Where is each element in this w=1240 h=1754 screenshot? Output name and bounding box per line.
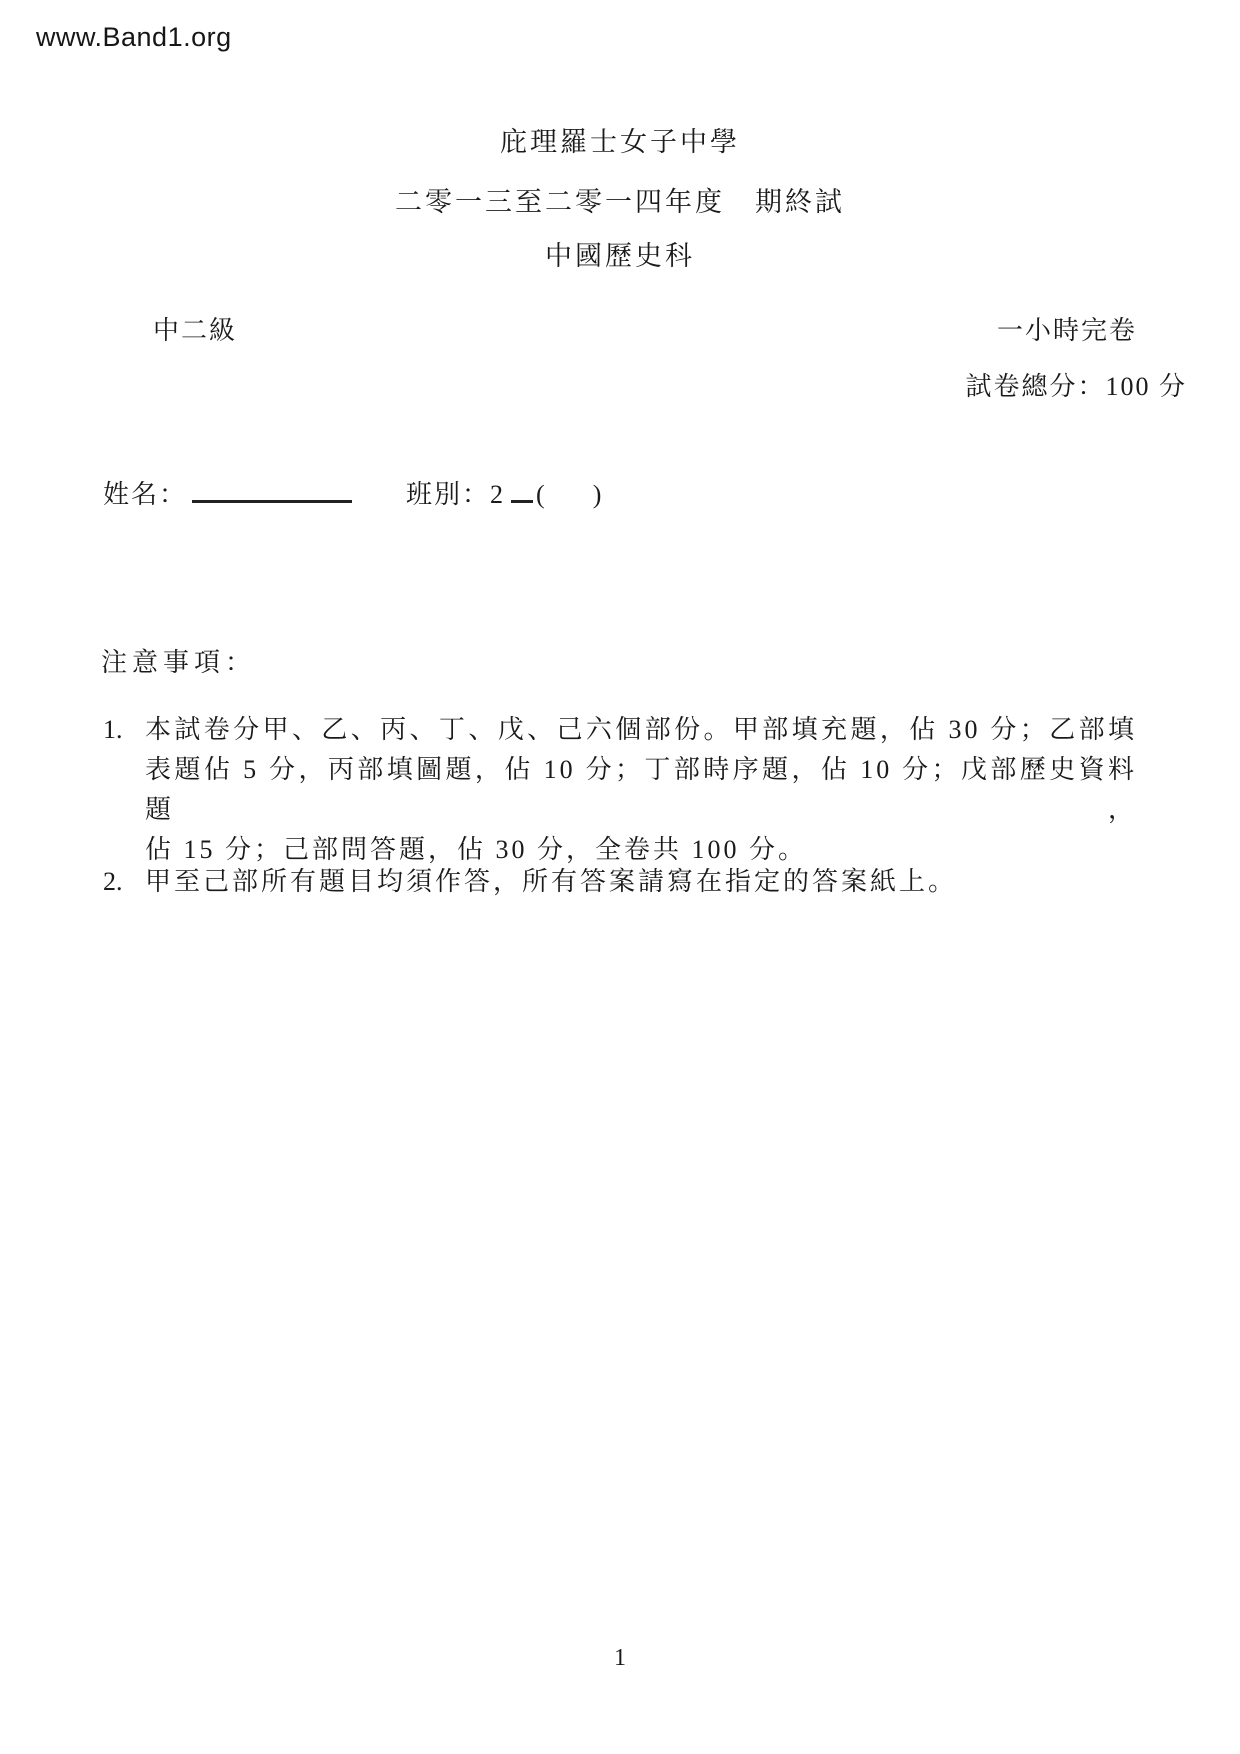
class-letter-blank-line <box>511 474 533 503</box>
exam-meta-row: 中二級 一小時完卷 <box>153 310 1137 347</box>
subject-title: 中國歷史科 <box>0 234 1240 273</box>
exam-paper-page: www.Band1.org 庇理羅士女子中學 二零一三至二零一四年度 期終試 中… <box>0 0 1240 1754</box>
class-label: 班別：2 <box>406 480 505 509</box>
watermark-url: www.Band1.org <box>36 22 232 53</box>
note-item-text: 本試卷分甲、乙、丙、丁、戊、己六個部份。甲部填充題，佔 30 分；乙部填 表題佔… <box>145 710 1137 870</box>
class-paren-open: ( <box>536 480 547 509</box>
note-item-line: 表題佔 5 分，丙部填圖題，佔 10 分；丁部時序題，佔 10 分；戊部歷史資料… <box>145 750 1137 830</box>
note-item-line: 甲至己部所有題目均須作答，所有答案請寫在指定的答案紙上。 <box>145 862 1137 902</box>
note-item-number: 2. <box>103 862 123 902</box>
note-item-2: 2. 甲至己部所有題目均須作答，所有答案請寫在指定的答案紙上。 <box>103 862 1137 902</box>
page-number: 1 <box>0 1645 1240 1672</box>
note-item-text: 甲至己部所有題目均須作答，所有答案請寫在指定的答案紙上。 <box>145 862 1137 902</box>
student-info-row: 姓名：班別：2() <box>103 474 603 511</box>
form-level: 中二級 <box>153 310 237 347</box>
exam-duration: 一小時完卷 <box>997 310 1137 347</box>
note-item-1: 1. 本試卷分甲、乙、丙、丁、戊、己六個部份。甲部填充題，佔 30 分；乙部填 … <box>103 710 1137 870</box>
name-blank-line <box>192 474 352 503</box>
class-paren-close: ) <box>593 480 604 509</box>
total-marks: 試卷總分：100 分 <box>965 366 1187 403</box>
notes-heading: 注意事項： <box>101 642 256 679</box>
note-item-line: 本試卷分甲、乙、丙、丁、戊、己六個部份。甲部填充題，佔 30 分；乙部填 <box>145 710 1137 750</box>
exam-session-title: 二零一三至二零一四年度 期終試 <box>0 180 1240 219</box>
name-label: 姓名： <box>103 480 187 509</box>
school-name: 庇理羅士女子中學 <box>0 120 1240 159</box>
note-item-number: 1. <box>103 710 123 750</box>
